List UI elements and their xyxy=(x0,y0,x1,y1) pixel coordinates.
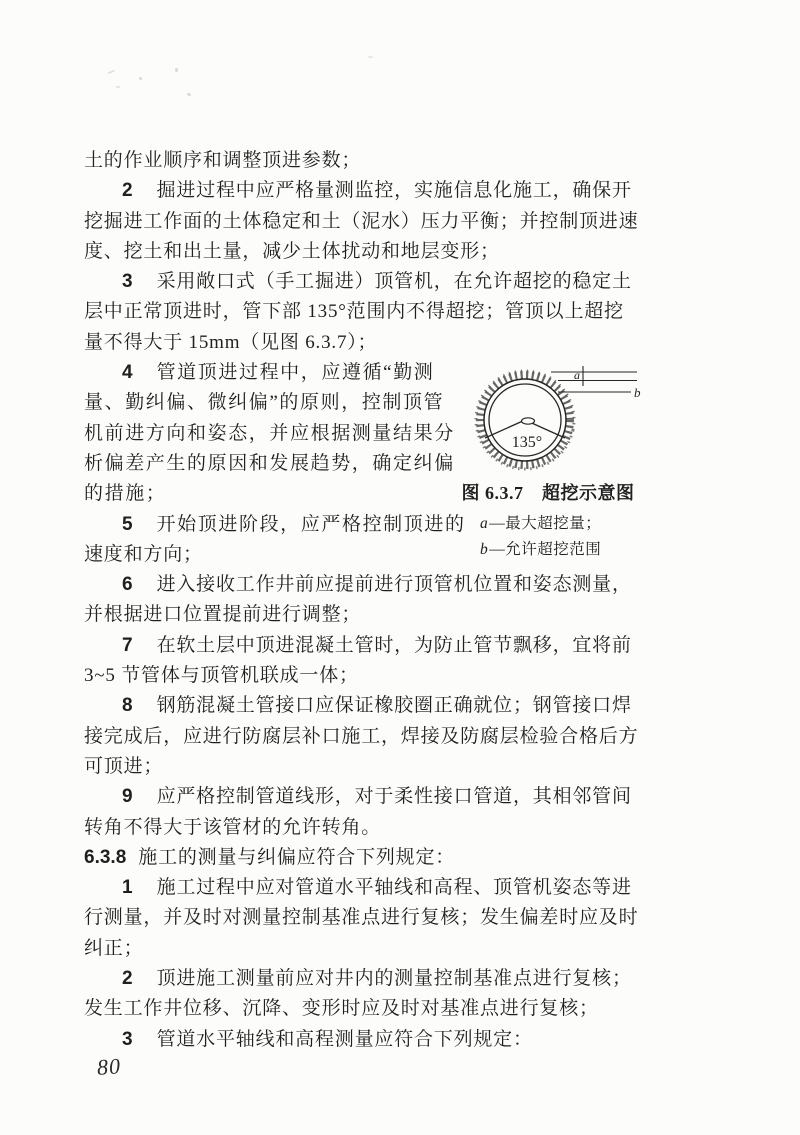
line-text: 转角不得大于该管材的允许转角。 xyxy=(84,817,381,838)
text-line: 接完成后，应进行防腐层补口施工，焊接及防腐层检验合格后方 xyxy=(84,722,684,752)
item-number: 8 xyxy=(122,695,133,716)
item-number: 2 xyxy=(122,968,133,989)
item-number: 4 xyxy=(122,362,133,383)
line-text: 量、勤纠偏、微纠偏”的原则，控制顶管 xyxy=(84,392,444,413)
legend-line: a—最大超挖量； xyxy=(480,511,648,537)
scan-artifact xyxy=(187,92,192,97)
line-text: 层中正常顶进时，管下部 135°范围内不得超挖；管顶以上超挖 xyxy=(84,301,624,322)
body-text-column: 土的作业顺序和调整顶进参数；2掘进过程中应严格量测监控，实施信息化施工，确保开挖… xyxy=(84,146,684,1055)
line-text: 顶进施工测量前应对井内的测量控制基准点进行复核； xyxy=(157,968,632,989)
line-text: 管道顶进过程中，应遵循“勤测 xyxy=(157,362,435,383)
item-number: 7 xyxy=(122,635,133,656)
overcut-diagram: 135° a b xyxy=(448,355,648,473)
line-text: 量不得大于 15mm（见图 6.3.7）； xyxy=(84,332,377,353)
legend-symbol: a xyxy=(480,515,488,532)
item-number: 6.3.8 xyxy=(84,847,126,868)
text-line-item-3: 3管道水平轴线和高程测量应符合下列规定： xyxy=(84,1025,684,1055)
document-page: 土的作业顺序和调整顶进参数；2掘进过程中应严格量测监控，实施信息化施工，确保开挖… xyxy=(0,0,800,1135)
item-number: 3 xyxy=(122,271,133,292)
text-line-item-7: 7在软土层中顶进混凝土管时，为防止管节飘移，宜将前 xyxy=(84,631,684,661)
figure-legend: a—最大超挖量；b—允许超挖范围 xyxy=(448,511,648,563)
line-text: 可顶进； xyxy=(84,756,163,777)
text-line: 发生工作井位移、沉降、变形时应及时对基准点进行复核； xyxy=(84,994,684,1024)
line-text: 应严格控制管道线形，对于柔性接口管道，其相邻管间 xyxy=(157,786,632,807)
vertex-ellipse xyxy=(522,418,535,424)
scan-artifact xyxy=(368,56,373,58)
line-text: 并根据进口位置提前进行调整； xyxy=(84,604,361,625)
line-text: 行测量，并及时对测量控制基准点进行复核；发生偏差时应及时 xyxy=(84,907,638,928)
legend-line: b—允许超挖范围 xyxy=(480,537,648,563)
line-text: 施工过程中应对管道水平轴线和高程、顶管机姿态等进 xyxy=(157,877,632,898)
line-text: 析偏差产生的原因和发展趋势，确定纠偏 xyxy=(84,453,455,474)
scan-artifact xyxy=(175,68,178,72)
line-text: 度、挖土和出土量，减少土体扰动和地层变形； xyxy=(84,241,500,262)
item-number: 1 xyxy=(122,877,133,898)
text-line: 行测量，并及时对测量控制基准点进行复核；发生偏差时应及时 xyxy=(84,903,684,933)
line-text: 采用敞口式（手工掘进）顶管机，在允许超挖的稳定土 xyxy=(157,271,632,292)
line-text: 机前进方向和姿态，并应根据测量结果分 xyxy=(84,423,455,444)
text-line: 挖掘进工作面的土体稳定和土（泥水）压力平衡；并控制顶进速 xyxy=(84,207,684,237)
legend-symbol: b xyxy=(480,541,488,558)
angle-label: 135° xyxy=(512,434,542,451)
line-text: 3~5 节管体与顶管机联成一体； xyxy=(84,665,359,686)
line-text: 进入接收工作井前应提前进行顶管机位置和姿态测量， xyxy=(157,574,632,595)
text-line: 量不得大于 15mm（见图 6.3.7）； xyxy=(84,328,684,358)
line-text: 发生工作井位移、沉降、变形时应及时对基准点进行复核； xyxy=(84,998,599,1019)
figure-caption: 图 6.3.7 超挖示意图 xyxy=(448,479,648,505)
dim-b-label: b xyxy=(634,385,641,400)
text-line-item-6.3.8: 6.3.8施工的测量与纠偏应符合下列规定： xyxy=(84,843,684,873)
text-line: 纠正； xyxy=(84,934,684,964)
text-line: 层中正常顶进时，管下部 135°范围内不得超挖；管顶以上超挖 xyxy=(84,297,684,327)
line-text: 钢筋混凝土管接口应保证橡胶圈正确就位；钢管接口焊 xyxy=(157,695,632,716)
line-text: 管道水平轴线和高程测量应符合下列规定： xyxy=(157,1029,533,1050)
dim-a-label: a xyxy=(574,368,580,382)
line-text: 的措施； xyxy=(84,483,166,504)
item-number: 2 xyxy=(122,180,133,201)
scan-artifact xyxy=(116,86,120,89)
text-line-item-2: 2顶进施工测量前应对井内的测量控制基准点进行复核； xyxy=(84,964,684,994)
line-text: 在软土层中顶进混凝土管时，为防止管节飘移，宜将前 xyxy=(157,635,632,656)
text-line: 并根据进口位置提前进行调整； xyxy=(84,600,684,630)
text-line: 度、挖土和出土量，减少土体扰动和地层变形； xyxy=(84,237,684,267)
line-text: 开始顶进阶段，应严格控制顶进的 xyxy=(157,514,466,535)
line-text: 掘进过程中应严格量测监控，实施信息化施工，确保开 xyxy=(157,180,632,201)
text-line: 转角不得大于该管材的允许转角。 xyxy=(84,813,684,843)
text-line-item-2: 2掘进过程中应严格量测监控，实施信息化施工，确保开 xyxy=(84,176,684,206)
text-line-item-6: 6进入接收工作井前应提前进行顶管机位置和姿态测量， xyxy=(84,570,684,600)
line-text: 接完成后，应进行防腐层补口施工，焊接及防腐层检验合格后方 xyxy=(84,726,638,747)
text-line-item-3: 3采用敞口式（手工掘进）顶管机，在允许超挖的稳定土 xyxy=(84,267,684,297)
scan-artifact xyxy=(107,69,115,74)
text-line-item-9: 9应严格控制管道线形，对于柔性接口管道，其相邻管间 xyxy=(84,782,684,812)
item-number: 3 xyxy=(122,1029,133,1050)
item-number: 6 xyxy=(122,574,133,595)
page-number: 80 xyxy=(96,1053,122,1081)
item-number: 5 xyxy=(122,514,133,535)
line-text: 纠正； xyxy=(84,938,143,959)
line-text: 施工的测量与纠偏应符合下列规定： xyxy=(138,847,455,868)
text-line: 3~5 节管体与顶管机联成一体； xyxy=(84,661,684,691)
line-text: 挖掘进工作面的土体稳定和土（泥水）压力平衡；并控制顶进速 xyxy=(84,211,638,232)
text-line-item-8: 8钢筋混凝土管接口应保证橡胶圈正确就位；钢管接口焊 xyxy=(84,691,684,721)
text-line: 可顶进； xyxy=(84,752,684,782)
text-line-item-1: 1施工过程中应对管道水平轴线和高程、顶管机姿态等进 xyxy=(84,873,684,903)
item-number: 9 xyxy=(122,786,133,807)
line-text: 速度和方向； xyxy=(84,544,203,565)
line-text: 土的作业顺序和调整顶进参数； xyxy=(84,150,361,171)
scan-artifact xyxy=(139,77,142,80)
text-line: 土的作业顺序和调整顶进参数； xyxy=(84,146,684,176)
figure-6-3-7: 135° a b 图 6.3.7 超挖示意图 a—最大超挖量；b—允许超挖范围 xyxy=(448,355,648,563)
